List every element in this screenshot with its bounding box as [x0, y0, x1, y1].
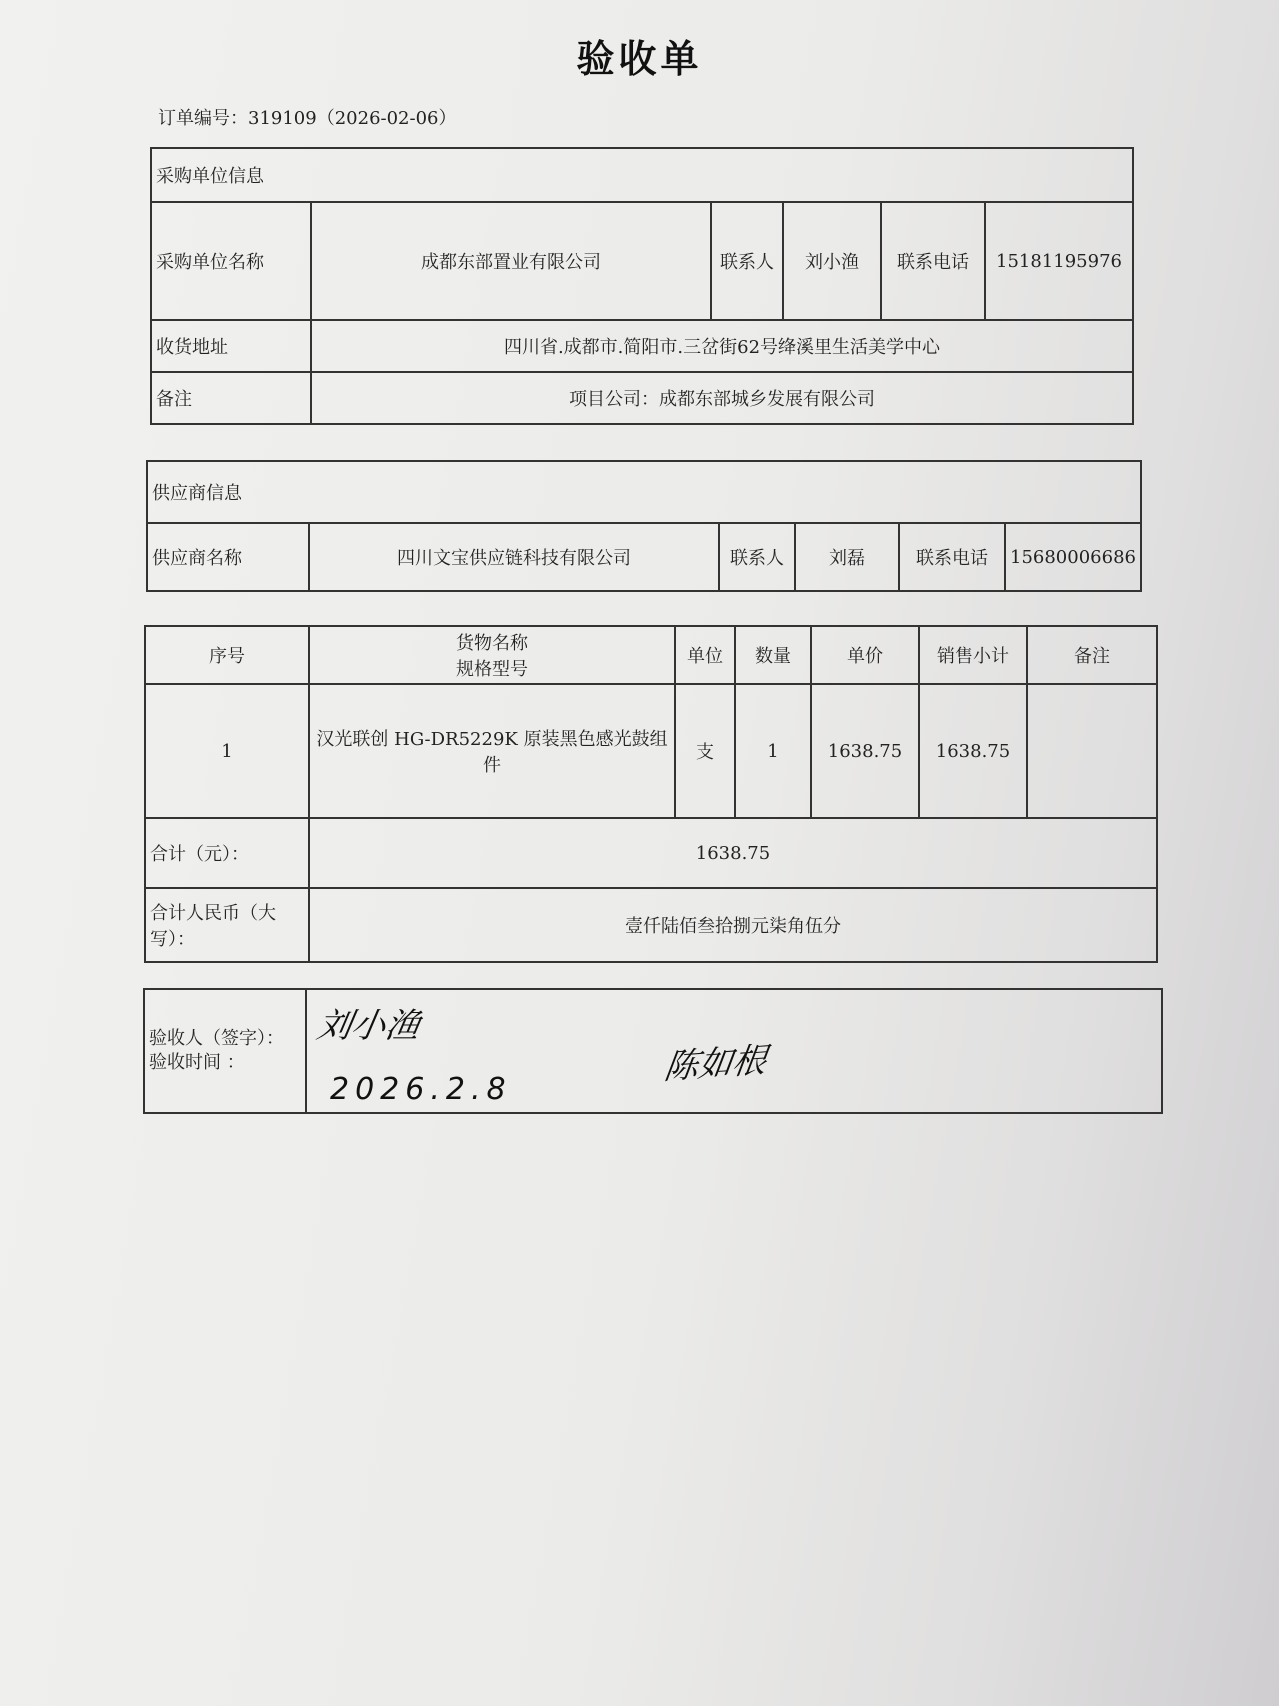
purchaser-remark: 项目公司：成都东部城乡发展有限公司: [311, 372, 1133, 424]
supplier-contact-label: 联系人: [719, 523, 795, 591]
purchaser-phone-label: 联系电话: [881, 202, 985, 320]
header-goods-name-line2: 规格型号: [314, 655, 670, 681]
item-price: 1638.75: [811, 684, 919, 818]
purchaser-phone: 15181195976: [985, 202, 1133, 320]
header-qty: 数量: [735, 626, 811, 684]
purchaser-name-label: 采购单位名称: [151, 202, 311, 320]
header-subtotal: 销售小计: [919, 626, 1027, 684]
order-date: （2026-02-06）: [317, 108, 457, 129]
item-qty: 1: [735, 684, 811, 818]
acceptance-time-label: 验收时间 ：: [149, 1051, 301, 1075]
header-remark: 备注: [1027, 626, 1157, 684]
purchaser-section-title: 采购单位信息: [151, 148, 1133, 202]
header-goods-name: 货物名称 规格型号: [309, 626, 675, 684]
supplier-phone: 15680006686: [1005, 523, 1141, 591]
acceptance-table: 验收人（签字）： 验收时间 ：: [143, 988, 1163, 1114]
purchaser-contact: 刘小渔: [783, 202, 881, 320]
address-label: 收货地址: [151, 320, 311, 372]
receiver-signature: 刘小渔: [314, 998, 425, 1047]
items-table: 序号 货物名称 规格型号 单位 数量 单价 销售小计 备注 1 汉光联创 HG-…: [144, 625, 1158, 963]
items-header-row: 序号 货物名称 规格型号 单位 数量 单价 销售小计 备注: [145, 626, 1157, 684]
total-amount: 1638.75: [309, 818, 1157, 888]
item-subtotal: 1638.75: [919, 684, 1027, 818]
supplier-phone-label: 联系电话: [899, 523, 1005, 591]
purchaser-contact-label: 联系人: [711, 202, 783, 320]
purchaser-info-table: 采购单位信息 采购单位名称 成都东部置业有限公司 联系人 刘小渔 联系电话 15…: [150, 147, 1134, 425]
item-seq: 1: [145, 684, 309, 818]
purchaser-remark-label: 备注: [151, 372, 311, 424]
supplier-contact: 刘磊: [795, 523, 899, 591]
header-unit: 单位: [675, 626, 735, 684]
total-rmb-label: 合计人民币（大写）：: [145, 888, 309, 962]
delivery-address: 四川省.成都市.简阳市.三岔街62号绛溪里生活美学中心: [311, 320, 1133, 372]
acceptance-labels: 验收人（签字）： 验收时间 ：: [144, 989, 306, 1113]
table-row: 1 汉光联创 HG-DR5229K 原装黑色感光鼓组件 支 1 1638.75 …: [145, 684, 1157, 818]
acceptance-form-page: 验收单 订单编号：319109（2026-02-06） 采购单位信息 采购单位名…: [0, 0, 1279, 1706]
header-goods-name-line1: 货物名称: [314, 629, 670, 655]
header-price: 单价: [811, 626, 919, 684]
signature-date: 2026.2.8: [330, 1072, 512, 1107]
order-info: 订单编号：319109（2026-02-06）: [158, 104, 457, 130]
supplier-name-label: 供应商名称: [147, 523, 309, 591]
order-number: 319109: [248, 108, 317, 129]
order-label: 订单编号：: [158, 108, 248, 129]
supplier-section-title: 供应商信息: [147, 461, 1141, 523]
second-signature: 陈如根: [662, 1032, 771, 1089]
document-title: 验收单: [0, 28, 1279, 83]
item-name: 汉光联创 HG-DR5229K 原装黑色感光鼓组件: [309, 684, 675, 818]
total-label: 合计（元）：: [145, 818, 309, 888]
supplier-info-table: 供应商信息 供应商名称 四川文宝供应链科技有限公司 联系人 刘磊 联系电话 15…: [146, 460, 1142, 592]
item-unit: 支: [675, 684, 735, 818]
header-seq: 序号: [145, 626, 309, 684]
total-rmb-amount: 壹仟陆佰叁拾捌元柒角伍分: [309, 888, 1157, 962]
purchaser-name: 成都东部置业有限公司: [311, 202, 711, 320]
supplier-name: 四川文宝供应链科技有限公司: [309, 523, 719, 591]
signer-label: 验收人（签字）：: [149, 1027, 301, 1051]
item-remark: [1027, 684, 1157, 818]
